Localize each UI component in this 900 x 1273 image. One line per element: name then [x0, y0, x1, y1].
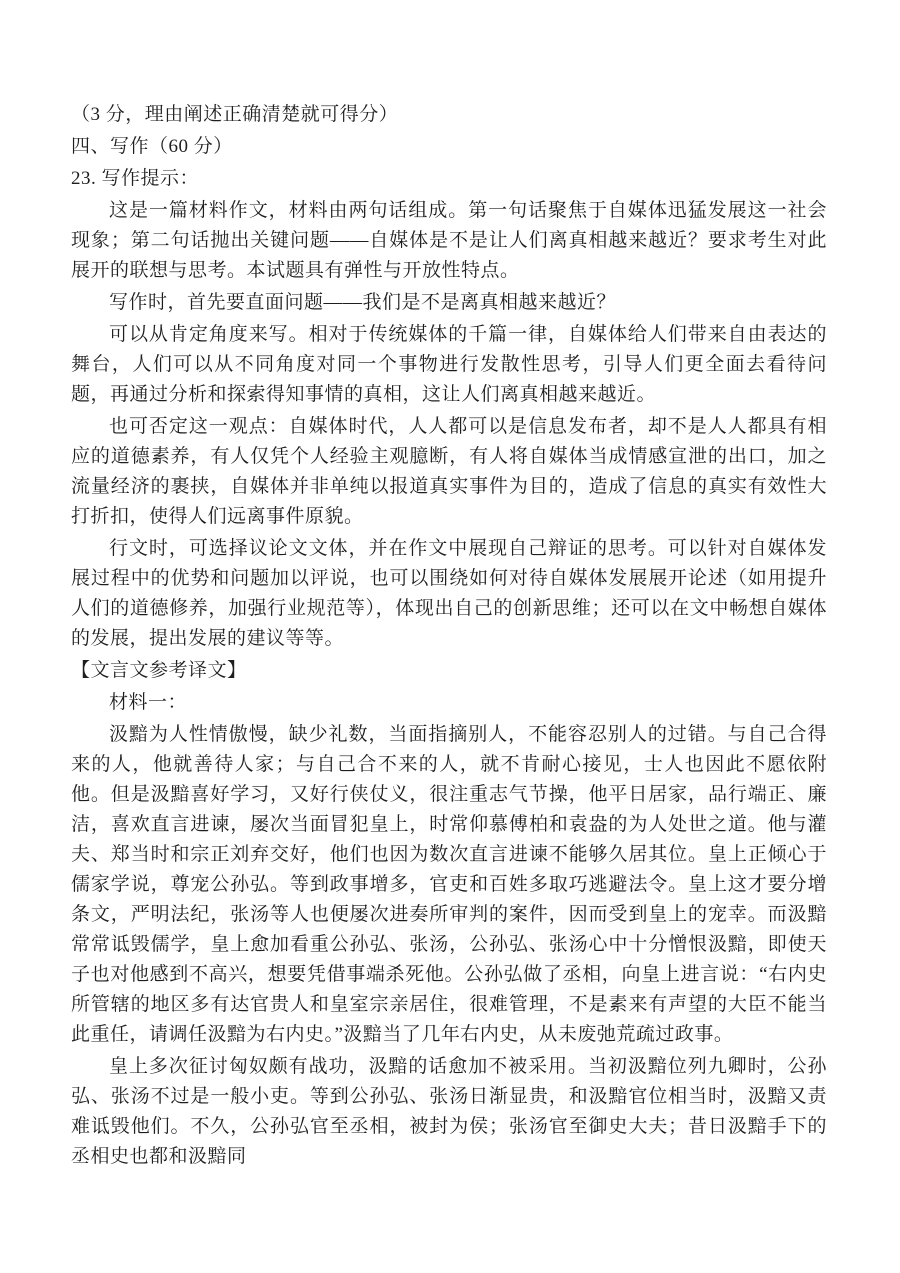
composition-advice-para: 行文时，可选择议论文文体，并在作文中展现自己辩证的思考。可以针对自媒体发展过程中…	[71, 534, 827, 654]
writing-hint-question-para: 写作时，首先要直面问题——我们是不是离真相越来越近？	[71, 288, 827, 318]
score-note-line: （3 分，理由阐述正确清楚就可得分）	[71, 100, 827, 130]
negative-angle-para: 也可否定这一观点：自媒体时代，人人都可以是信息发布者，却不是人人都具有相应的道德…	[71, 412, 827, 532]
classical-translation-heading: 【文言文参考译文】	[71, 656, 827, 686]
affirmative-angle-para: 可以从肯定角度来写。相对于传统媒体的千篇一律，自媒体给人们带来自由表达的舞台，人…	[71, 320, 827, 410]
material-one-translation-para-2: 皇上多次征讨匈奴颇有战功，汲黯的话愈加不被采用。当初汲黯位列九卿时，公孙弘、张汤…	[71, 1052, 827, 1172]
question-23-heading: 23. 写作提示：	[71, 164, 827, 194]
document-page: （3 分，理由阐述正确清楚就可得分） 四、写作（60 分） 23. 写作提示： …	[0, 0, 900, 1273]
writing-hint-overview-para: 这是一篇材料作文，材料由两句话组成。第一句话聚焦于自媒体迅猛发展这一社会现象；第…	[71, 196, 827, 286]
material-one-translation-para-1: 汲黯为人性情傲慢，缺少礼数，当面指摘别人，不能容忍别人的过错。与自己合得来的人，…	[71, 720, 827, 1050]
material-one-label: 材料一：	[71, 688, 827, 718]
section-four-writing-heading: 四、写作（60 分）	[71, 132, 827, 162]
